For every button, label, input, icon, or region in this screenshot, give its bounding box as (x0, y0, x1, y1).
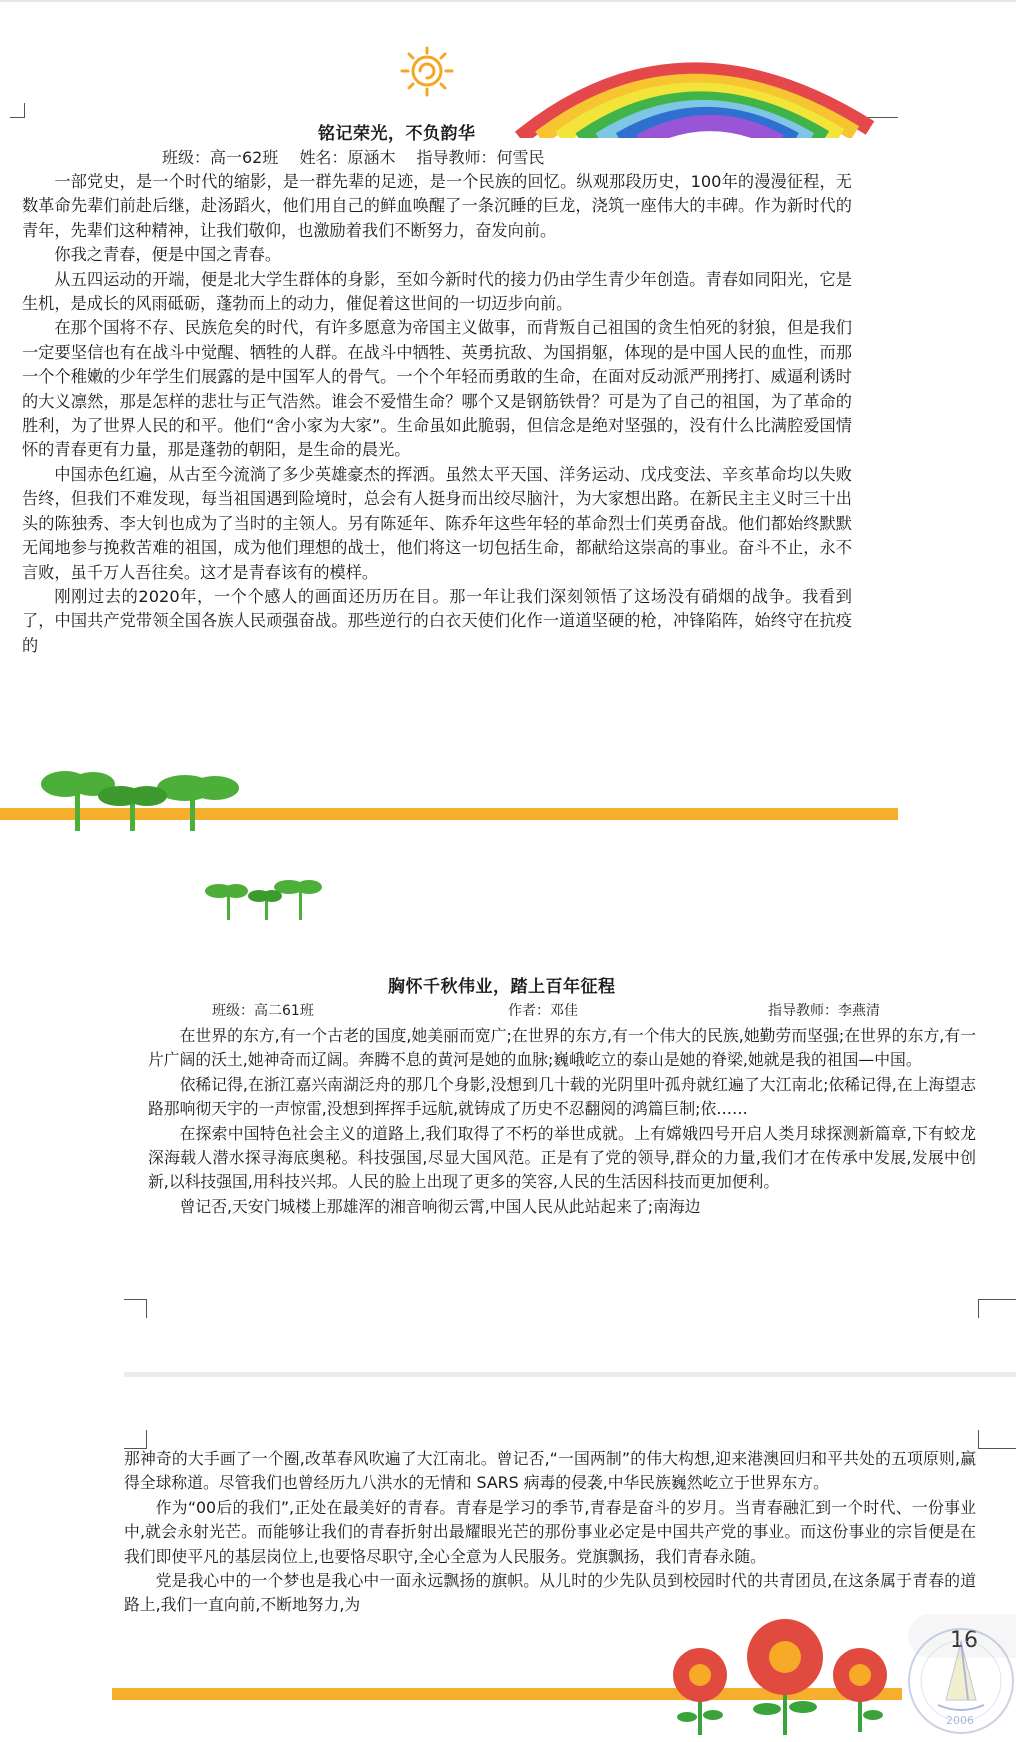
article1-paragraph: 一部党史，是一个时代的缩影，是一群先辈的足迹，是一个民族的回忆。纵观那段历史，1… (22, 170, 852, 243)
article1-paragraph: 从五四运动的开端，便是北大学生群体的身影，至如今新时代的接力仍由学生青少年创造。… (22, 268, 852, 317)
article2-paragraph: 在世界的东方,有一个古老的国度,她美丽而宽广;在世界的东方,有一个伟大的民族,她… (148, 1024, 976, 1073)
article2-paragraph: 那神奇的大手画了一个圈,改革春风吹遍了大江南北。曾记否,“一国两制”的伟大构想,… (124, 1447, 976, 1496)
svg-text:2006: 2006 (946, 1714, 974, 1727)
article2-meta-teacher: 指导教师：李燕清 (768, 1000, 880, 1020)
school-logo-icon: 2006 (906, 1620, 1016, 1742)
page-gap (0, 810, 1016, 960)
article1-meta: 班级：高一62班 姓名：原涵木 指导教师：何雪民 (162, 145, 545, 168)
flowers-illustration (645, 1617, 905, 1742)
sun-icon (372, 44, 482, 100)
article2-paragraph: 依稀记得,在浙江嘉兴南湖泛舟的那几个身影,没想到几十载的光阴里叶孤舟就红遍了大江… (148, 1073, 976, 1122)
article2-meta-class: 班级：高二61班 (212, 1000, 314, 1020)
article1-paragraph: 你我之青春，便是中国之青春。 (22, 243, 852, 267)
crop-mark-bottom-left (124, 1299, 147, 1318)
article2-body-page1: 在世界的东方,有一个古老的国度,她美丽而宽广;在世界的东方,有一个伟大的民族,她… (148, 1024, 976, 1219)
article1-title: 铭记荣光，不负韵华 (318, 119, 476, 144)
article2-paragraph: 党是我心中的一个梦也是我心中一面永远飘扬的旗帜。从儿时的少先队员到校园时代的共青… (124, 1569, 976, 1618)
sprout-illustration (25, 762, 245, 832)
article1-body: 一部党史，是一个时代的缩影，是一群先辈的足迹，是一个民族的回忆。纵观那段历史，1… (22, 170, 852, 658)
page-border-top (0, 0, 1016, 2)
article2-title: 胸怀千秋伟业，踏上百年征程 (388, 972, 616, 997)
article2-body-page2: 那神奇的大手画了一个圈,改革春风吹遍了大江南北。曾记否,“一国两制”的伟大构想,… (124, 1447, 976, 1618)
sprout-illustration-small (204, 880, 334, 920)
article2-paragraph: 曾记否,天安门城楼上那雄浑的湘音响彻云霄,中国人民从此站起来了;南海边 (148, 1195, 976, 1219)
article1-paragraph: 中国赤色红遍，从古至今流淌了多少英雄豪杰的挥洒。虽然太平天国、洋务运动、戊戌变法… (22, 463, 852, 585)
article2-paragraph: 作为“00后的我们”,正处在最美好的青春。青春是学习的季节,青春是奋斗的岁月。当… (124, 1496, 976, 1569)
article1-paragraph: 刚刚过去的2020年，一个个感人的画面还历历在目。那一年让我们深刻领悟了这场没有… (22, 585, 852, 658)
crop-mark-bottom-right (978, 1299, 1016, 1318)
article2-paragraph: 在探索中国特色社会主义的道路上,我们取得了不朽的举世成就。上有嫦娥四号开启人类月… (148, 1122, 976, 1195)
article2-meta-author: 作者：邓佳 (508, 1000, 578, 1020)
article1-paragraph: 在那个国将不存、民族危矣的时代，有许多愿意为帝国主义做事，而背叛自己祖国的贪生怕… (22, 316, 852, 462)
page-separator (124, 1372, 1016, 1377)
rainbow-illustration (500, 28, 900, 138)
crop-mark-top-right-page2 (978, 1430, 1016, 1449)
crop-mark-top-left (10, 103, 25, 118)
